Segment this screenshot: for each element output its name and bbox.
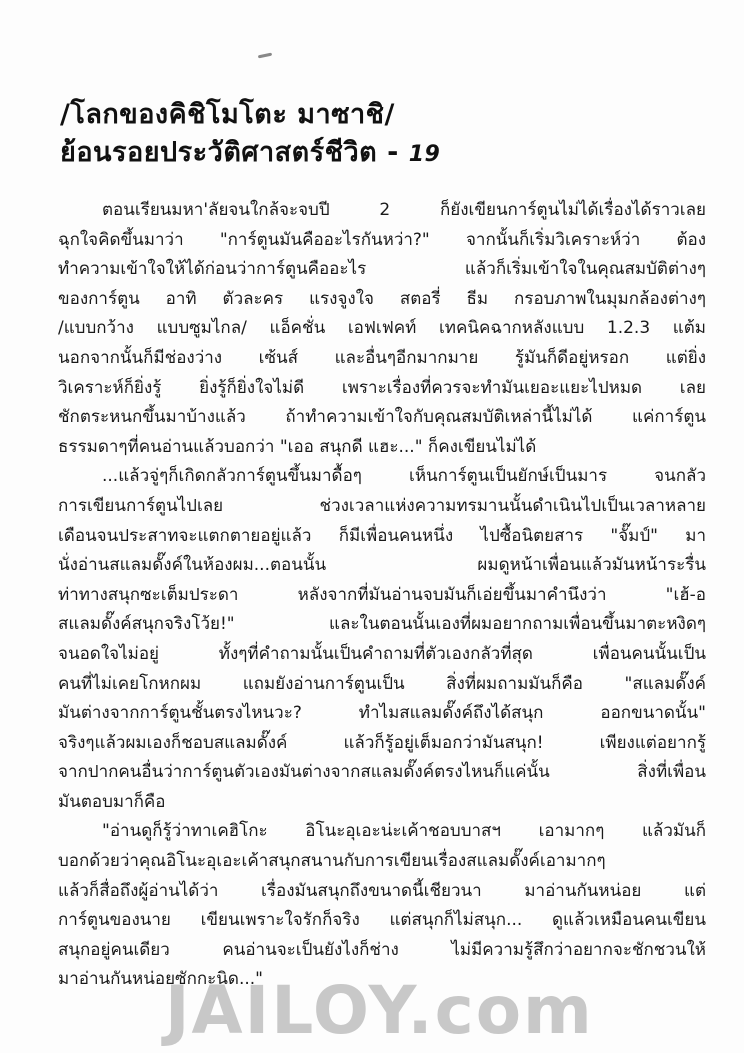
paragraph-2-line-5: ท่าทางสนุกซะเต็มประดา หลังจากที่มันอ่านจ…: [58, 581, 706, 611]
paragraph-3-line-1: "อ่านดูก็รู้ว่าทาเคฮิโกะ อิโนะอุเอะน่ะเค…: [58, 817, 706, 847]
paragraph-1-line-2: ฉุกใจคิดขึ้นมาว่า "การ์ตูนมันคืออะไรกันห…: [58, 226, 706, 256]
paragraph-2-line-4: นั่งอ่านสแลมดั๊งค์ในห้องผม...ตอนนั้น ผมด…: [58, 551, 706, 581]
paragraph-3-line-2: บอกด้วยว่าคุณอิโนะอุเอะเค้าสนุกสนานกับกา…: [58, 847, 706, 877]
paragraph-1-line-8: ชักตระหนกขึ้นมาบ้างแล้ว ถ้าทำความเข้าใจก…: [58, 403, 706, 433]
paragraph-2-line-12: มันตอบมาก็คือ: [58, 788, 706, 818]
title-line-1: /โลกของคิชิโมโตะ มาซาชิ/: [60, 96, 700, 134]
paragraph-1-line-7: วิเคราะห์ก็ยิ่งรู้ ยิ่งรู้ก็ยิ่งใจไม่ดี …: [58, 374, 706, 404]
title-line-2-text: ย้อนรอยประวัติศาสตร์ชีวิต -: [60, 137, 409, 168]
scan-artifact-mark: [258, 53, 272, 59]
scanned-book-page: /โลกของคิชิโมโตะ มาซาชิ/ ย้อนรอยประวัติศ…: [0, 0, 744, 1053]
paragraph-3-line-5: สนุกอยู่คนเดียว คนอ่านจะเป็นยังไงก็ช่าง …: [58, 936, 706, 966]
paragraph-2-line-2: การเขียนการ์ตูนไปเลย ช่วงเวลาแห่งความทรม…: [58, 492, 706, 522]
paragraph-2-line-8: คนที่ไม่เคยโกหกผม แถมยังอ่านการ์ตูนเป็น …: [58, 670, 706, 700]
paragraph-1-line-5: /แบบกว้าง แบบซูมไกล/ แอ็คชั่น เอฟเฟคท์ เ…: [58, 314, 706, 344]
paragraph-2-line-7: จนอดใจไม่อยู่ ทั้งๆที่คำถามนั้นเป็นคำถาม…: [58, 640, 706, 670]
paragraph-2-line-3: เดือนจนประสาทจะแตกตายอยู่แล้ว ก็มีเพื่อน…: [58, 522, 706, 552]
paragraph-1-line-1: ตอนเรียนมหา'ลัยจนใกล้จะจบปี 2 ก็ยังเขียน…: [58, 196, 706, 226]
paragraph-1-line-4: ของการ์ตูน อาทิ ตัวละคร แรงจูงใจ สตอรี่ …: [58, 285, 706, 315]
title-page-number: 19: [409, 142, 441, 167]
paragraph-2-line-6: สแลมดั๊งค์สนุกจริงโว้ย!" และในตอนนั้นเอง…: [58, 610, 706, 640]
paragraph-2-line-10: จริงๆแล้วผมเองก็ชอบสแลมดั๊งค์ แล้วก็รู้อ…: [58, 729, 706, 759]
chapter-title-block: /โลกของคิชิโมโตะ มาซาชิ/ ย้อนรอยประวัติศ…: [60, 96, 700, 174]
paragraph-2-line-11: จากปากคนอื่นว่าการ์ตูนตัวเองมันต่างจากสแ…: [58, 758, 706, 788]
paragraph-1-line-3: ทำความเข้าใจให้ได้ก่อนว่าการ์ตูนคืออะไร …: [58, 255, 706, 285]
site-watermark: JAILOY.com: [165, 976, 595, 1046]
paragraph-3-line-3: แล้วก็สื่อถึงผู้อ่านได้ว่า เรื่องมันสนุก…: [58, 877, 706, 907]
paragraph-2-line-1: ...แล้วจู่ๆก็เกิดกลัวการ์ตูนขึ้นมาดื้อๆ …: [58, 462, 706, 492]
title-line-2: ย้อนรอยประวัติศาสตร์ชีวิต - 19: [60, 134, 700, 174]
paragraph-2-line-9: มันต่างจากการ์ตูนชั้นตรงไหนวะ? ทำไมสแลมด…: [58, 699, 706, 729]
paragraph-1-line-6: นอกจากนั้นก็มีช่องว่าง เซ้นส์ และอื่นๆอี…: [58, 344, 706, 374]
paragraph-1-line-9: ธรรมดาๆที่คนอ่านแล้วบอกว่า "เออ สนุกดี แ…: [58, 433, 706, 463]
body-text: ตอนเรียนมหา'ลัยจนใกล้จะจบปี 2 ก็ยังเขียน…: [58, 196, 706, 995]
paragraph-3-line-4: การ์ตูนของนาย เขียนเพราะใจรักก็จริง แต่ส…: [58, 906, 706, 936]
